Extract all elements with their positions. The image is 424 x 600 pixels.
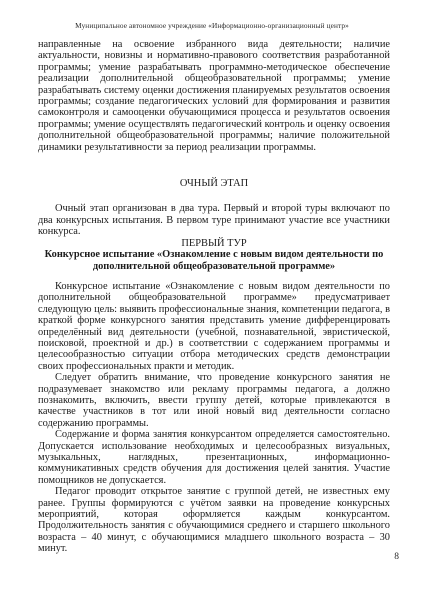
heading-contest-title: Конкурсное испытание «Ознакомление с нов… bbox=[38, 249, 390, 272]
document-body: направленные на освоение избранного вида… bbox=[38, 39, 390, 555]
running-header: Муниципальное автономное учреждение «Инф… bbox=[0, 21, 424, 30]
paragraph-lesson-format: Содержание и форма занятия конкурсантом … bbox=[38, 429, 390, 486]
paragraph-contest-note: Следует обратить внимание, что проведени… bbox=[38, 372, 390, 429]
page-number: 8 bbox=[394, 552, 399, 562]
paragraph-program-criteria: направленные на освоение избранного вида… bbox=[38, 39, 390, 153]
heading-ochny-etap: ОЧНЫЙ ЭТАП bbox=[38, 178, 390, 189]
paragraph-groups-duration: Педагог проводит открытое занятие с груп… bbox=[38, 486, 390, 554]
document-page: Муниципальное автономное учреждение «Инф… bbox=[0, 0, 424, 600]
paragraph-stage-intro: Очный этап организован в два тура. Первы… bbox=[38, 203, 390, 237]
heading-pervy-tur: ПЕРВЫЙ ТУР bbox=[38, 238, 390, 249]
paragraph-contest-goal: Конкурсное испытание «Ознакомление с нов… bbox=[38, 281, 390, 372]
